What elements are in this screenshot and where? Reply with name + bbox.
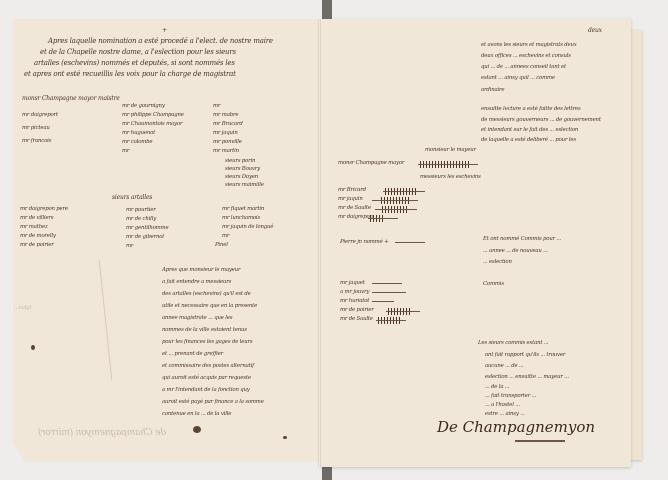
preamble-line: Apres laquelle nomination a esté procedé… bbox=[48, 37, 273, 45]
sub-list-item: sieurs porin bbox=[225, 158, 255, 164]
vote-name: mr de poirier bbox=[340, 307, 374, 313]
tally-strike bbox=[376, 320, 406, 321]
preamble-line: et apres ont esté recueillis les voix po… bbox=[24, 70, 236, 78]
paragraph-line: a mr l'intendant de la fonction quy bbox=[162, 387, 250, 393]
signature: De Champagnemyon bbox=[437, 418, 595, 436]
list-item: mr huguenot bbox=[122, 130, 155, 136]
list-item: mr de gibernol bbox=[126, 234, 164, 240]
list-item: mr mabre bbox=[213, 112, 238, 118]
list-item: mr de morelly bbox=[20, 233, 56, 239]
list-item: mr bbox=[122, 148, 129, 154]
heading-mayor-votes: monsieur le mayeur bbox=[425, 147, 476, 153]
vote-name: mr jaquet bbox=[340, 280, 365, 286]
paragraph-line: a fait entendre a messieurs bbox=[162, 279, 231, 285]
list-item: mr bbox=[213, 103, 220, 109]
list-item: mr bbox=[126, 243, 133, 249]
list-item: mr gentilhomme bbox=[126, 225, 168, 231]
paragraph-line: et intendant sur le fait des ... eslecti… bbox=[481, 127, 578, 133]
list-item: mr daigreport bbox=[22, 112, 58, 118]
list-item: mr colombe bbox=[122, 139, 152, 145]
ink-bleed-margin: ...vulgt bbox=[14, 305, 31, 311]
paragraph-line: ordinaire bbox=[481, 87, 504, 93]
list-item: mr de gournigny bbox=[122, 103, 165, 109]
closing-line: eslection ... ensuitte ... mayeur ... bbox=[485, 374, 569, 380]
folio-mark-right: deux bbox=[588, 27, 602, 34]
list-item: mr daigrepon pere bbox=[20, 206, 68, 212]
paragraph-line: deux offices ... eschevins et consuls bbox=[481, 53, 571, 59]
list-item: mr Chaumontois mayor bbox=[122, 121, 182, 127]
closing-line: ... fait transporter ... bbox=[485, 393, 536, 399]
list-item: mr martin bbox=[213, 148, 239, 154]
binding-clip-top bbox=[322, 0, 332, 19]
note-left: Pierre jn nommé + bbox=[340, 239, 388, 245]
closing-line: aucune ... de ... bbox=[485, 363, 524, 369]
left-page bbox=[13, 19, 319, 462]
ink-offset-signature: de Champagnemyon (mirror) bbox=[38, 428, 166, 438]
list-item: mr jaquin bbox=[213, 130, 238, 136]
paragraph-line: de laquelle a esté deliberé ... pour les bbox=[481, 137, 576, 143]
tally-strike bbox=[383, 191, 425, 192]
vote-name: mr huriatot bbox=[340, 298, 369, 304]
list-item: mr pourtier bbox=[126, 207, 156, 213]
preamble-line: et de la Chapelle nostre dame, a l'eslec… bbox=[40, 48, 236, 56]
paragraph-line: annee magistrate ... que les bbox=[162, 315, 232, 321]
paragraph-line: et avons les sieurs et magistrats deux bbox=[481, 42, 577, 48]
paragraph-line: pour les finances les gages de leurs bbox=[162, 339, 252, 345]
heading-eschevins-votes: messieurs les eschevins bbox=[420, 174, 481, 180]
paragraph-line: qui ... de ... annees conseil tant et bbox=[481, 64, 566, 70]
paragraph-line: auroit esté payé par finance a la somme bbox=[162, 399, 264, 405]
paragraph-line: qui auroit esté acquis par requeste bbox=[162, 375, 251, 381]
tally-strike bbox=[375, 209, 417, 210]
ink-blot bbox=[283, 436, 287, 439]
heading-mayor: monsr Champagne mayor maistre bbox=[22, 95, 120, 102]
vote-name: mr de Saulte bbox=[338, 205, 371, 211]
list-item: mr de chilly bbox=[126, 216, 156, 222]
paragraph-line: et ... prenant de greffier bbox=[162, 351, 223, 357]
tally-strike bbox=[372, 301, 394, 302]
book-gutter bbox=[318, 19, 321, 467]
vote-name: mr daigrepon bbox=[338, 214, 373, 220]
closing-line: ... a l'hostel ... bbox=[485, 402, 520, 408]
list-item: mr ponville bbox=[213, 139, 242, 145]
tally-strike bbox=[418, 164, 478, 165]
vote-name: mr jaquin bbox=[338, 196, 363, 202]
heading-commis: Commis bbox=[483, 281, 504, 287]
list-item: mr francois bbox=[22, 138, 51, 144]
list-item: mr de villiers bbox=[20, 215, 53, 221]
list-item: mr lunchamois bbox=[222, 215, 260, 221]
list-item: mr mathez bbox=[20, 224, 48, 230]
ink-blot bbox=[31, 345, 35, 350]
vote-name: a mr jouvry bbox=[340, 289, 369, 295]
closing-line: Les sieurs commis estant ... bbox=[478, 340, 548, 346]
paragraph-line: et commissaire des postes alternatif bbox=[162, 363, 254, 369]
tally-strike bbox=[372, 283, 402, 284]
vote-name: mr Bricard bbox=[338, 187, 366, 193]
heading-eschevins: sieurs artalles bbox=[112, 194, 152, 201]
paragraph-line: de messieurs gouverneurs ... de gouverne… bbox=[481, 117, 601, 123]
list-item: mr philippe Champagne bbox=[122, 112, 184, 118]
paragraph-line: contenue en la ... de la ville bbox=[162, 411, 231, 417]
list-item: mr fiquet martin bbox=[222, 206, 264, 212]
sub-list-item: sieurs Bouvry bbox=[225, 166, 260, 172]
note-right-line: ... eslection bbox=[483, 259, 512, 265]
preamble-line: artalles (eschevins) nommés et deputés, … bbox=[34, 59, 235, 67]
tally-strike bbox=[368, 218, 398, 219]
note-right-line: Et ont nommé Commis pour ... bbox=[483, 236, 561, 242]
tally-strike bbox=[372, 200, 418, 201]
list-item: mr Brucard bbox=[213, 121, 243, 127]
vote-name: monsr Champagne mayor bbox=[338, 160, 404, 166]
folio-mark-left: + bbox=[162, 27, 167, 34]
sub-list-item: sieurs maimille bbox=[225, 182, 264, 188]
vote-name: mr de Saulte bbox=[340, 316, 373, 322]
list-item: mr de poirier bbox=[20, 242, 54, 248]
ink-blot bbox=[193, 426, 201, 433]
tally-strike bbox=[372, 292, 406, 293]
note-strike bbox=[395, 242, 425, 243]
tally-strike bbox=[386, 311, 420, 312]
list-item: mr jaquin de longué bbox=[222, 224, 273, 230]
closing-line: ont fait rapport qu'ils ... trouver bbox=[485, 352, 565, 358]
list-item: mr picteau bbox=[22, 125, 50, 131]
paragraph-line: nommes de la ville estoient tenus bbox=[162, 327, 247, 333]
note-right-line: ... annee ... de nouveau ... bbox=[483, 248, 548, 254]
paragraph-line: Apres que monsieur le mayeur bbox=[162, 267, 240, 273]
paragraph-line: ensuitte lecture a esté faitte des lettr… bbox=[481, 106, 581, 112]
paragraph-line: estant ... ainsy quil ... comme bbox=[481, 75, 555, 81]
closing-line: estre ... ainsy ... bbox=[485, 411, 525, 417]
paragraph-line: utile et necessaire que en la presente bbox=[162, 303, 257, 309]
signature-flourish bbox=[515, 440, 565, 442]
closing-line: ... de la ... bbox=[485, 384, 509, 390]
list-item: Pinel bbox=[215, 242, 228, 248]
paragraph-line: des artalles (eschevins) qu'il est de bbox=[162, 291, 251, 297]
sub-list-item: sieurs Doyen bbox=[225, 174, 258, 180]
list-item: mr bbox=[222, 233, 229, 239]
